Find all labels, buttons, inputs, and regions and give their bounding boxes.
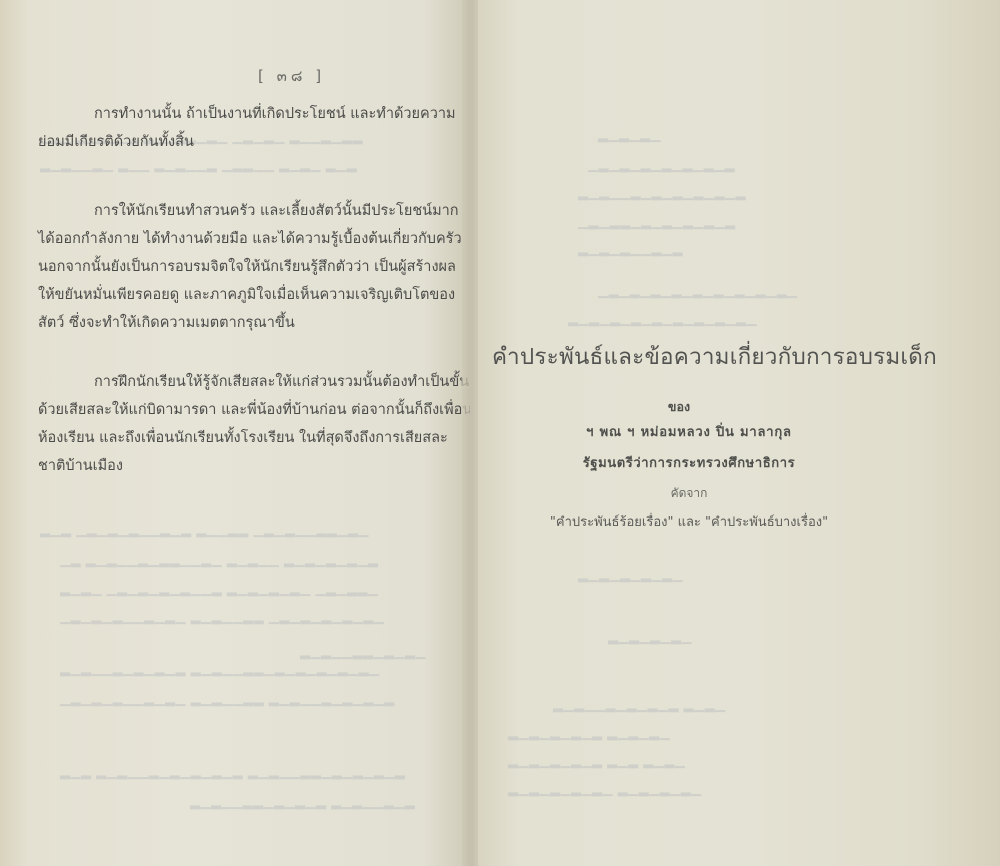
paragraph-line: ห้องเรียน และถึงเพื่อนนักเรียนทั้งโรงเรี… — [38, 424, 470, 452]
show-through-text: ▂▁▂▁▂▁ — [598, 128, 661, 143]
show-through-text: ▂▁▂▁▂▁▂▁▂▁ — [578, 568, 683, 583]
show-through-text: ▂▁▂ ▁▂▁▂▁▂▁▁▂▁▂ ▂▁▁▂▂ ▁▂▁▂▁▁▂▂▁▂▁ — [40, 523, 369, 538]
show-through-text: ▂▁▂▁▂▁▂▁▂▁ ▂▁▂▁▂▁▂▁ — [508, 782, 702, 797]
show-through-text: ▁▂▁▂▂▁▂▁▂▁▂▁▂▁▂ — [578, 215, 735, 230]
show-through-text: ▂▁▂▁▁▂▁▂▁▂▁▂ ▂▁▂▁▁▂▂▁▂▁▂▁▂▁▂▁▂▁ — [60, 662, 380, 677]
open-book: ▁▂▁ ▂▁▂▁▁▂ ▂▁▁▂▂▁▂▁ ▁▂▁▂▁ ▂▁▁▂▁▂▂ ▂▁▂▁▁▂… — [0, 0, 1000, 866]
source-works: "คำประพันธ์ร้อยเรื่อง" และ "คำประพันธ์บา… — [478, 511, 950, 532]
show-through-text: ▂▁▂▁▂▁▂▁ — [608, 630, 692, 645]
paragraph-gardening: การให้นักเรียนทำสวนครัว และเลี้ยงสัตว์นั… — [38, 197, 470, 337]
show-through-text: ▂▁▂▁▁▂▂▁▂▁▂▁ — [300, 645, 426, 660]
paragraph-line: ได้ออกกำลังกาย ได้ทำงานด้วยมือ และได้ควา… — [38, 225, 470, 253]
paragraph-line: การให้นักเรียนทำสวนครัว และเลี้ยงสัตว์นั… — [38, 197, 470, 225]
show-through-text: ▂▁▂▁▁▂▂▁▂▁▂▁▂ ▂▁▂▁▁▂▁▂ — [190, 795, 415, 810]
show-through-text: ▂▁▂▁▂▁▁▂▁▂ — [578, 242, 683, 257]
paragraph-line: ด้วยเสียสละให้แก่บิดามารดา และพี่น้องที่… — [38, 396, 470, 424]
left-page: ▁▂▁ ▂▁▂▁▁▂ ▂▁▁▂▂▁▂▁ ▁▂▁▂▁ ▂▁▁▂▁▂▂ ▂▁▂▁▁▂… — [0, 0, 470, 866]
show-through-text: ▂▁▂▁▁▂▁ ▂▁▁ ▂▁▂▁▁▂ ▁▂▂▁▁ ▂▁▂▁ ▂▁▂ — [40, 158, 357, 173]
show-through-text: ▂▁▂▁ ▁▂▁▂▁▂▁▂▁▁▂ ▂▁▂▁▂▁▂▁ ▁▂▁▂▂▁ — [60, 582, 378, 597]
paragraph-line: การฝึกนักเรียนให้รู้จักเสียสละให้แก่ส่วน… — [38, 368, 470, 396]
show-through-text: ▂▁▂▁▂▁▂▁▂ ▂▁▂▁▂▁ — [508, 726, 670, 741]
paragraph-line: การทำงานนั้น ถ้าเป็นงานที่เกิดประโยชน์ แ… — [38, 100, 470, 128]
paragraph-line: สัตว์ ซึ่งจะทำให้เกิดความเมตตากรุณาขึ้น — [38, 309, 470, 337]
paragraph-sacrifice: การฝึกนักเรียนให้รู้จักเสียสละให้แก่ส่วน… — [38, 368, 470, 480]
by-label: ของ — [478, 397, 940, 417]
show-through-text: ▂▁▂▁▁▂▁▂▁▂▁▂ ▂▁▂▁ — [553, 698, 726, 713]
right-page: ▂▁▂▁▂▁ ▁▂▁▂▁▂▁▂▁▂▁▂▁▂ ▂▁▂▁▁▂▁▂▁▂▁▂▁▂▁▂ ▁… — [478, 0, 1000, 866]
show-through-text: ▁▂▁▂▁▂▁▁▂▁▂▁ ▂▁▂▁▁▂▂ ▂▁▂▁▁▂▁▂▁▂▁▂ — [60, 692, 395, 707]
author-name: ฯ พณ ฯ หม่อมหลวง ปิ่น มาลากุล — [478, 421, 950, 442]
show-through-text: ▁▂▁▂▁▂▁▂▁▂▁▂▁▂ — [588, 158, 735, 173]
paragraph-line: ให้ขยันหมั่นเพียรคอยดู และภาคภูมิใจเมื่อ… — [38, 281, 470, 309]
show-through-text: ▁▂▁▂▁▂▁▁▂▁▂▁ ▂▁▂▁▁▂▂ ▁▂▁▂▁▂▁▂▁▂▁ — [60, 610, 384, 625]
page-number: [ ๓๘ ] — [258, 64, 325, 88]
paragraph-line: ชาติบ้านเมือง — [38, 452, 470, 480]
author-position: รัฐมนตรีว่าการกระทรวงศึกษาธิการ — [478, 452, 950, 473]
show-through-text: ▂▁▂▁▂▁▂▁▂▁▂▁▂▁▂▁▂▁ — [568, 312, 757, 327]
show-through-text: ▁▂ ▂▁▂▁▁▂▁▂▂▁▁▂▁ ▂▁▂▁▁ ▂▁▂▁▂▁▂▁▂ — [60, 553, 378, 568]
paragraph-line: ย่อมมีเกียรติด้วยกันทั้งสิ้น — [38, 128, 470, 156]
paragraph-work-honor: การทำงานนั้น ถ้าเป็นงานที่เกิดประโยชน์ แ… — [38, 100, 470, 156]
show-through-text: ▂▁▂▁▁▂▁▂▁▂▁▂▁▂▁▂ — [578, 186, 746, 201]
book-section-title: คำประพันธ์และข้อความเกี่ยวกับการอบรมเด็ก — [492, 338, 937, 374]
show-through-text: ▂▁▂▁▂▁▂▁▂ ▂▁▂ ▂▁▂▁ — [508, 754, 685, 769]
excerpt-label: คัดจาก — [478, 484, 950, 503]
paragraph-line: นอกจากนั้นยังเป็นการอบรมจิตใจให้นักเรียน… — [38, 253, 470, 281]
show-through-text: ▂▁▂ ▂▁▂▁▁▂▁▂▁▂▁▂▁▂ ▂▁▂▁▁▂▂▁▂▁▂▁▂▁▂ — [60, 765, 405, 780]
show-through-text: ▁▂▁▂▁▂▁▂▁▂▁▂▁▂▁▂▁▂▁ — [598, 284, 797, 299]
